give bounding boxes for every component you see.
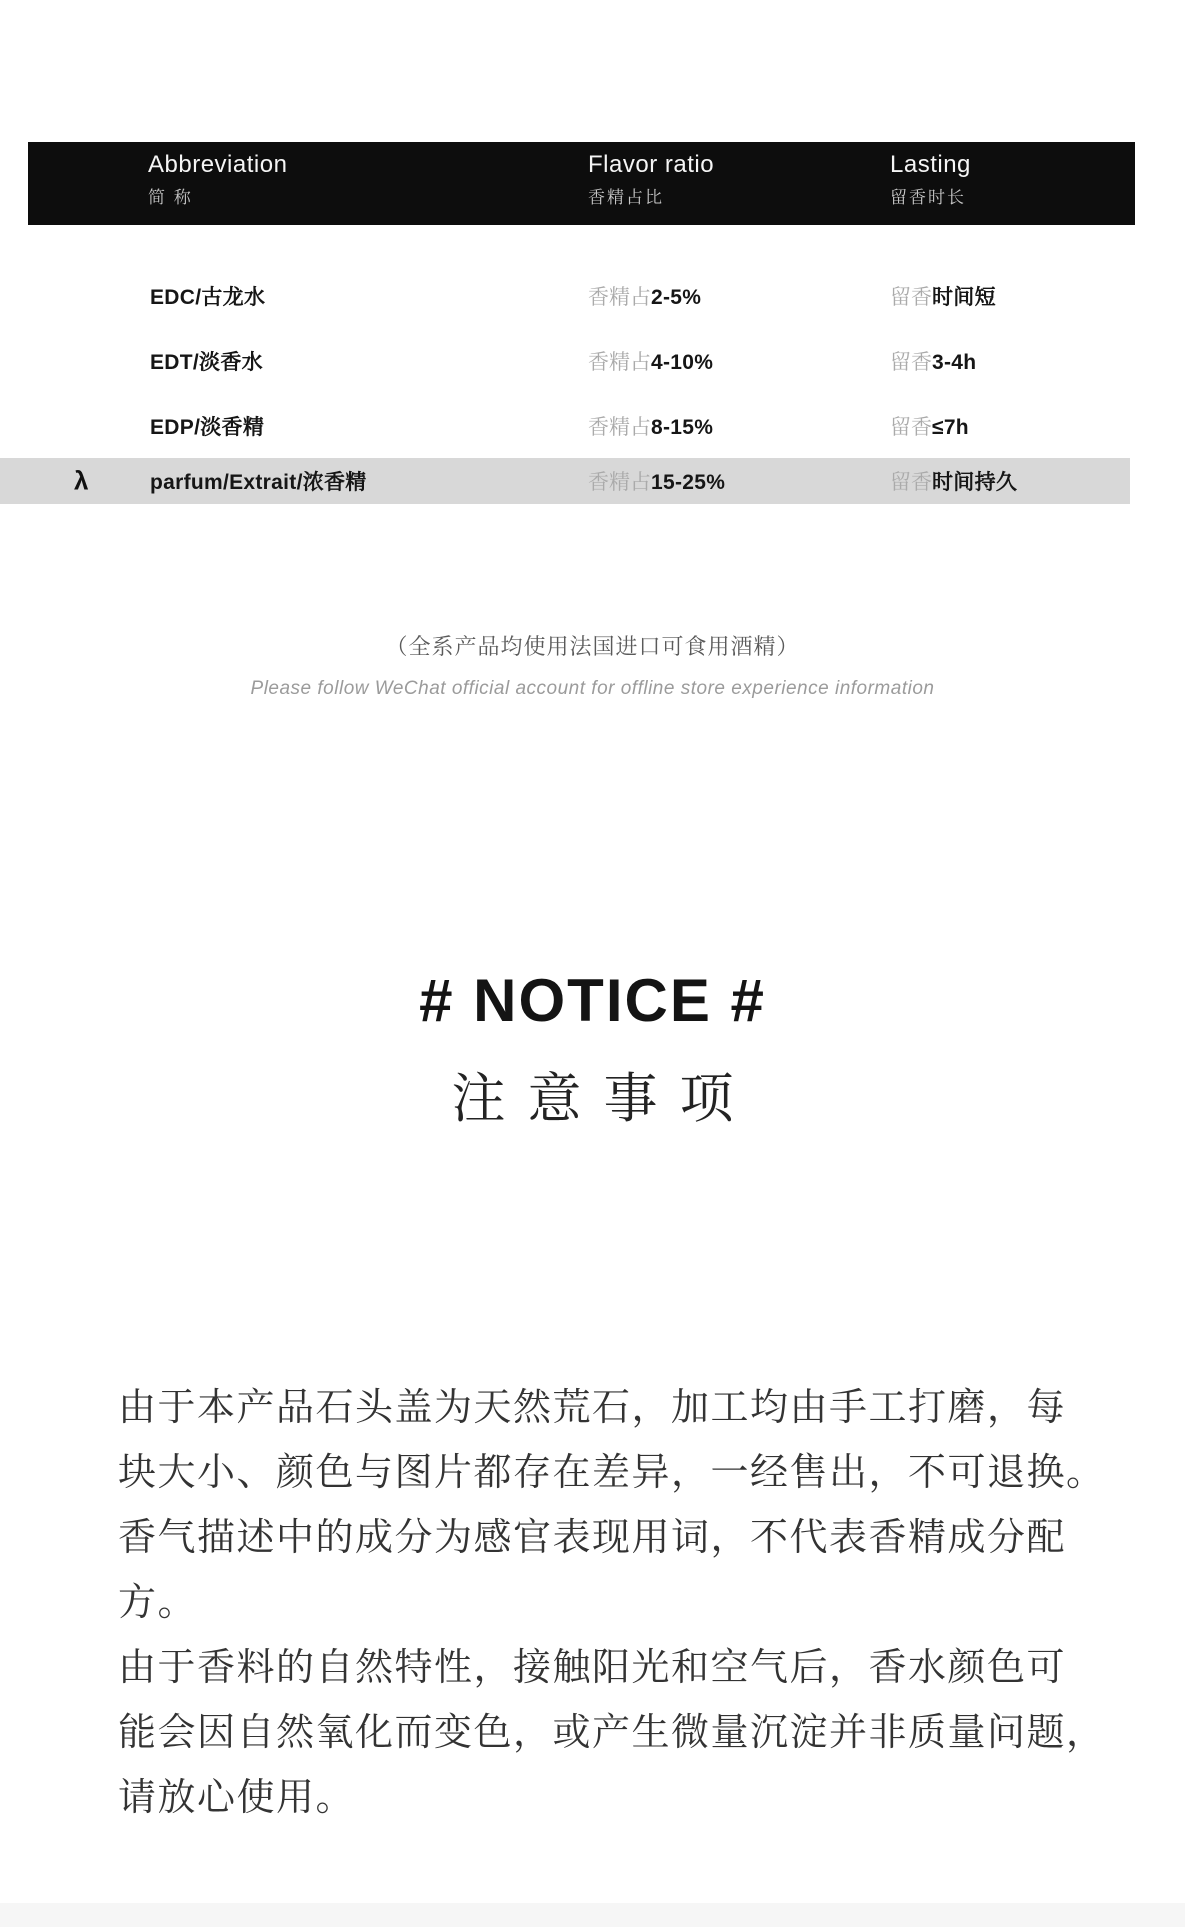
table-row-highlighted: λ parfum/Extrait/浓香精 香精占15-25% 留香时间持久	[0, 458, 1185, 504]
notice-line: 请放心使用。	[118, 1766, 1118, 1831]
header-abbreviation-en: Abbreviation	[148, 151, 287, 179]
lasting-value: 时间持久	[932, 471, 1017, 494]
table-row: EDT/淡香水 香精占4-10% 留香3-4h	[0, 338, 1185, 384]
abbreviation-cell: parfum/Extrait/浓香精	[150, 466, 367, 496]
ratio-prefix: 香精占	[588, 416, 651, 439]
flavor-ratio-cell: 香精占4-10%	[588, 346, 713, 376]
wechat-footnote: Please follow WeChat official account fo…	[0, 678, 1185, 700]
ratio-value: 2-5%	[651, 286, 701, 309]
product-detail-page: Abbreviation 简 称 Flavor ratio 香精占比 Lasti…	[0, 0, 1185, 1927]
notice-line: 由于本产品石头盖为天然荒石，加工均由手工打磨，每	[118, 1376, 1118, 1441]
ratio-prefix: 香精占	[588, 471, 651, 494]
abbreviation-cell: EDC/古龙水	[150, 281, 265, 311]
lasting-prefix: 留香	[890, 351, 932, 374]
bottom-strip	[0, 1903, 1185, 1927]
lasting-value: ≤7h	[932, 416, 969, 439]
header-flavor-ratio-zh: 香精占比	[588, 183, 664, 208]
lasting-prefix: 留香	[890, 471, 932, 494]
flavor-ratio-cell: 香精占15-25%	[588, 466, 725, 496]
notice-line: 香气描述中的成分为感官表现用词，不代表香精成分配	[118, 1506, 1118, 1571]
notice-line: 方。	[118, 1571, 1118, 1636]
lasting-cell: 留香时间持久	[890, 466, 1017, 496]
lasting-value: 3-4h	[932, 351, 976, 374]
header-lasting-en: Lasting	[890, 151, 971, 179]
header-flavor-ratio-en: Flavor ratio	[588, 151, 714, 179]
notice-line: 能会因自然氧化而变色，或产生微量沉淀并非质量问题，	[118, 1701, 1118, 1766]
ratio-value: 15-25%	[651, 471, 725, 494]
header-abbreviation-zh: 简 称	[148, 183, 193, 208]
lasting-value: 时间短	[932, 286, 996, 309]
lambda-marker: λ	[74, 466, 88, 497]
lasting-prefix: 留香	[890, 416, 932, 439]
lasting-cell: 留香时间短	[890, 281, 996, 311]
notice-line: 由于香料的自然特性，接触阳光和空气后，香水颜色可	[118, 1636, 1118, 1701]
notice-body: 由于本产品石头盖为天然荒石，加工均由手工打磨，每 块大小、颜色与图片都存在差异，…	[118, 1376, 1118, 1831]
ratio-value: 8-15%	[651, 416, 713, 439]
lasting-cell: 留香3-4h	[890, 346, 976, 376]
flavor-ratio-cell: 香精占2-5%	[588, 281, 701, 311]
table-header-bar: Abbreviation 简 称 Flavor ratio 香精占比 Lasti…	[28, 142, 1135, 225]
notice-heading-zh: 注意事项	[0, 1056, 1185, 1133]
header-lasting-zh: 留香时长	[890, 183, 966, 208]
ratio-prefix: 香精占	[588, 286, 651, 309]
lasting-cell: 留香≤7h	[890, 411, 969, 441]
table-row: EDC/古龙水 香精占2-5% 留香时间短	[0, 273, 1185, 319]
ratio-value: 4-10%	[651, 351, 713, 374]
table-row: EDP/淡香精 香精占8-15% 留香≤7h	[0, 403, 1185, 449]
ratio-prefix: 香精占	[588, 351, 651, 374]
abbreviation-cell: EDT/淡香水	[150, 346, 263, 376]
lasting-prefix: 留香	[890, 286, 932, 309]
notice-line: 块大小、颜色与图片都存在差异，一经售出，不可退换。	[118, 1441, 1118, 1506]
notice-heading-en: # NOTICE #	[0, 966, 1185, 1035]
alcohol-footnote: （全系产品均使用法国进口可食用酒精）	[0, 630, 1185, 661]
abbreviation-cell: EDP/淡香精	[150, 411, 264, 441]
flavor-ratio-cell: 香精占8-15%	[588, 411, 713, 441]
